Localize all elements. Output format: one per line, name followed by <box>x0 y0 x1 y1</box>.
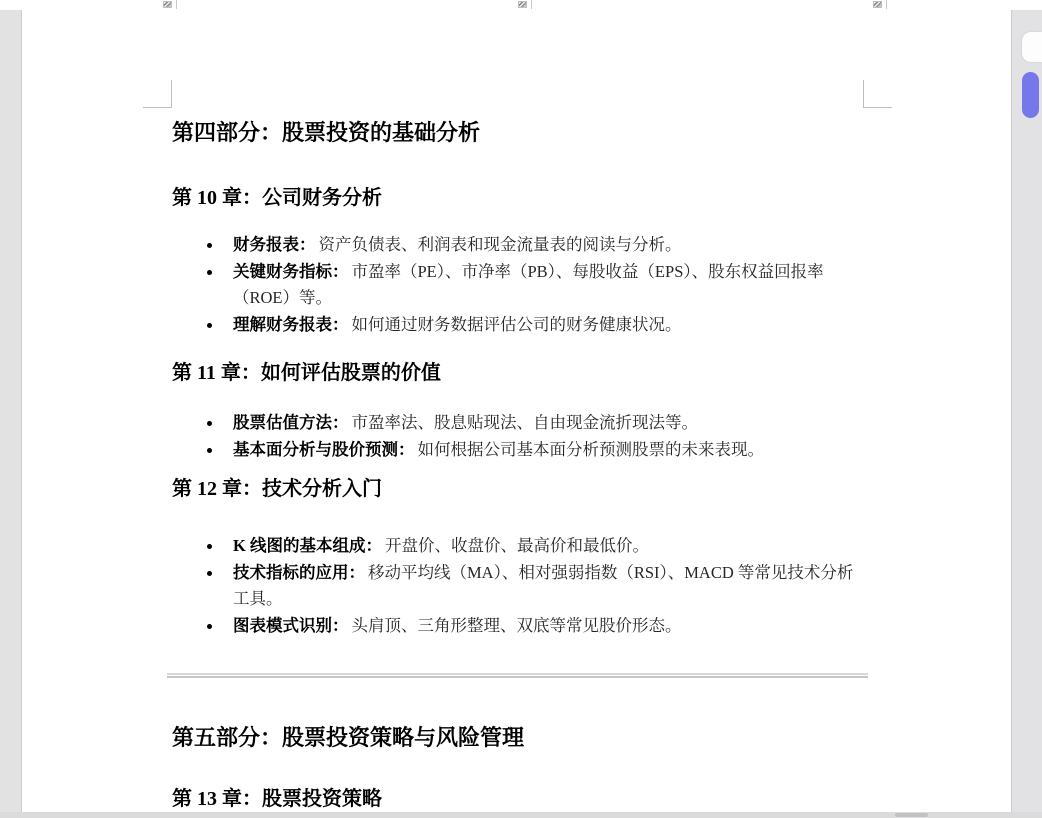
ruler-tick <box>886 0 887 9</box>
chapter10-list: 财务报表：资产负债表、利润表和现金流量表的阅读与分析。 关键财务指标：市盈率（P… <box>233 232 863 338</box>
list-item: 图表模式识别：头肩顶、三角形整理、双底等常见股价形态。 <box>233 613 863 640</box>
chapter12-heading: 第 12 章：技术分析入门 <box>172 475 382 503</box>
bullet-icon <box>207 571 212 576</box>
bullet-icon <box>207 270 212 275</box>
canvas-gutter <box>0 10 22 818</box>
bullet-icon <box>207 544 212 549</box>
bullet-icon <box>207 448 212 453</box>
vertical-scrollbar-thumb[interactable] <box>1022 72 1039 118</box>
horizontal-scrollbar-thumb[interactable] <box>895 813 928 817</box>
vertical-scrollbar-track[interactable] <box>1012 10 1042 818</box>
ruler-mark-icon <box>163 1 172 8</box>
margin-corner-mark <box>143 107 172 108</box>
margin-corner-mark <box>863 80 864 108</box>
chapter11-list: 股票估值方法：市盈率法、股息贴现法、自由现金流折现法等。 基本面分析与股价预测：… <box>233 410 863 463</box>
margin-corner-mark <box>863 107 892 108</box>
list-item: 理解财务报表：如何通过财务数据评估公司的财务健康状况。 <box>233 312 863 339</box>
part5-heading: 第五部分：股票投资策略与风险管理 <box>172 724 524 752</box>
part4-heading: 第四部分：股票投资的基础分析 <box>172 119 480 147</box>
document-content: 第四部分：股票投资的基础分析 第 10 章：公司财务分析 财务报表：资产负债表、… <box>172 0 863 818</box>
list-item: 财务报表：资产负债表、利润表和现金流量表的阅读与分析。 <box>233 232 863 259</box>
chapter11-heading: 第 11 章：如何评估股票的价值 <box>172 359 441 387</box>
bullet-icon <box>207 421 212 426</box>
ruler-mark-icon <box>873 1 882 8</box>
list-item: 基本面分析与股价预测：如何根据公司基本面分析预测股票的未来表现。 <box>233 437 863 464</box>
chapter10-heading: 第 10 章：公司财务分析 <box>172 184 382 212</box>
bullet-icon <box>207 323 212 328</box>
horizontal-scrollbar-track[interactable] <box>0 812 1042 818</box>
section-divider <box>167 673 868 678</box>
list-item: 股票估值方法：市盈率法、股息贴现法、自由现金流折现法等。 <box>233 410 863 437</box>
scroll-top-button[interactable] <box>1022 32 1042 62</box>
bullet-icon <box>207 243 212 248</box>
list-item: K 线图的基本组成：开盘价、收盘价、最高价和最低价。 <box>233 533 863 560</box>
bullet-icon <box>207 624 212 629</box>
chapter12-list: K 线图的基本组成：开盘价、收盘价、最高价和最低价。 技术指标的应用：移动平均线… <box>233 533 863 639</box>
document-viewer-window: 第四部分：股票投资的基础分析 第 10 章：公司财务分析 财务报表：资产负债表、… <box>0 0 1042 818</box>
list-item: 技术指标的应用：移动平均线（MA）、相对强弱指数（RSI）、MACD 等常见技术… <box>233 560 863 613</box>
list-item: 关键财务指标：市盈率（PE）、市净率（PB）、每股收益（EPS）、股东权益回报率… <box>233 259 863 312</box>
chapter13-heading: 第 13 章：股票投资策略 <box>172 785 382 813</box>
